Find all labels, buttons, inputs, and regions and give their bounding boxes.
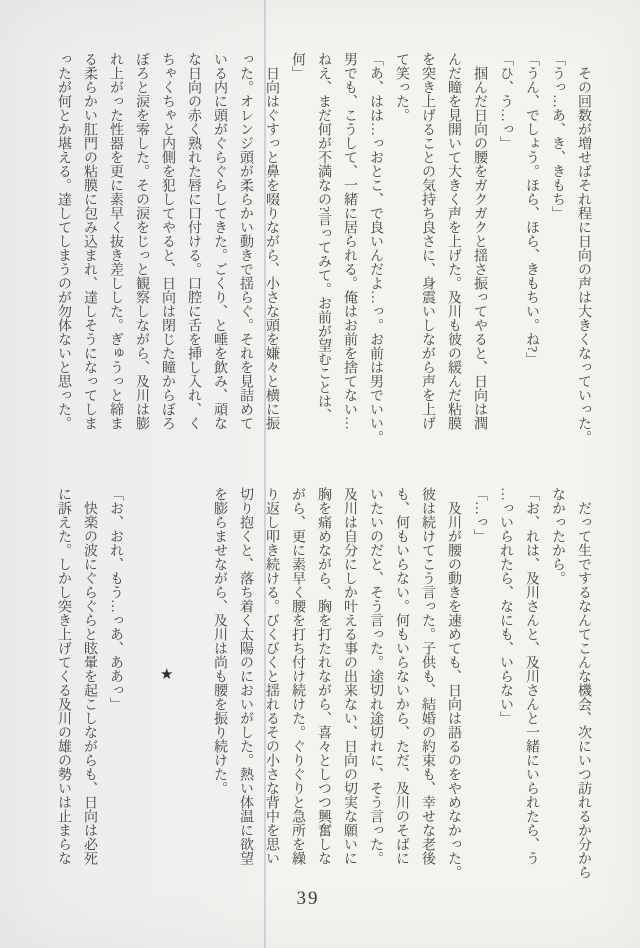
text-column: その回数が増せばそれ程に日向の声は大きくなっていった。	[570, 52, 596, 454]
text-block-top: その回数が増せばそれ程に日向の声は大きくなっていった。「うっ…あ、き、きもち」「…	[50, 52, 596, 454]
text-column: な日向の赤く熟れた唇に口付ける。口腔に舌を挿し入れ、く	[180, 52, 206, 454]
text-column: 彼は続けてこう言った。子供も、結婚の約束も、幸せな老後	[414, 487, 440, 889]
text-column: に訴えた。しかし突き上げてくる及川の雄の勢いは止まらな	[50, 487, 76, 889]
text-column: を突き上げることの気持ち良さに、身震いしながら声を上げ	[414, 52, 440, 454]
text-column: だって生でするなんてこんな機会、次にいつ訪れるか分から	[570, 487, 596, 889]
text-column	[154, 487, 180, 889]
text-column: り返し叩き続ける。びくびくと揺れるその小さな背中を思い	[258, 487, 284, 889]
text-column: 掴んだ日向の腰をガクガクと揺さ振ってやると、日向は潤	[466, 52, 492, 454]
page-number: 39	[276, 888, 340, 910]
text-column: …っいられたら、なにも、いらない」	[492, 487, 518, 889]
text-column: 胸を痛めながら、胸を打たれながら、喜々としつつ興奮しな	[310, 487, 336, 889]
text-column: 「あ、はは…っおとこ、で良いんだよ…っ。お前は男でいい。	[362, 52, 388, 454]
text-column: て笑った。	[388, 52, 414, 454]
text-block-bottom: だって生でするなんてこんな機会、次にいつ訪れるか分からなかったから。「お、れは、…	[50, 487, 596, 889]
text-column: 「ひ、う…っ」	[492, 52, 518, 454]
text-column: れ上がった性器を更に素早く抜き差しした。ぎゅうっと締ま	[102, 52, 128, 454]
text-column: 切り抱くと、落ち着く太陽のにおいがした。熱い体温に欲望	[232, 487, 258, 889]
text-column: 「…っ」	[466, 487, 492, 889]
text-column: ぼろと涙を零した。その涙をじっと観察しながら、及川は膨	[128, 52, 154, 454]
text-column	[128, 487, 154, 889]
text-column: 男でも、こうして、一緒に居られる。俺はお前を捨てない…	[336, 52, 362, 454]
text-column: 「お、れは、及川さんと、及川さんと一緒にいられたら、う	[518, 487, 544, 889]
text-column: なかったから。	[544, 487, 570, 889]
text-column: 及川が腰の動きを速めても、日向は語るのをやめなかった。	[440, 487, 466, 889]
text-column: ちゃくちゃと内側を犯してやると、日向は閉じた瞳からぼろ	[154, 52, 180, 454]
text-column: 何」	[284, 52, 310, 454]
text-column: 「うん、でしょう。ほら、ほら、きもちい。ね?」	[518, 52, 544, 454]
text-column: も、何もいらない。何もいらないから、ただ、及川のそばに	[388, 487, 414, 889]
text-column: ねえ、まだ何が不満なの?言ってみて。お前が望むことは、	[310, 52, 336, 454]
text-column: ったが何とか堪える。達してしまうのが勿体ないと思った。	[50, 52, 76, 454]
text-column: る柔らかい肛門の粘膜に包み込まれ、達しそうになってしま	[76, 52, 102, 454]
text-column: 日向はぐすっと鼻を啜りながら、小さな頭を嫌々と横に振	[258, 52, 284, 454]
text-column	[180, 487, 206, 889]
text-column: んだ瞳を見開いて大きく声を上げた。及川も彼の緩んだ粘膜	[440, 52, 466, 454]
book-page: その回数が増せばそれ程に日向の声は大きくなっていった。「うっ…あ、き、きもち」「…	[0, 0, 640, 948]
text-column: 快楽の波にぐらぐらと眩暈を起こしながらも、日向は必死	[76, 487, 102, 889]
text-column: 「お、おれ、もう…っあ、ああっ」	[102, 487, 128, 889]
text-column: いたいのだと、そう言った。途切れ途切れに、そう言った。	[362, 487, 388, 889]
text-column: った。オレンジ頭が柔らかい動きで揺らぐ。それを見詰めて	[232, 52, 258, 454]
text-column: がら、更に素早く腰を打ち付け続けた。ぐりぐりと急所を繰	[284, 487, 310, 889]
text-column: 「うっ…あ、き、きもち」	[544, 52, 570, 454]
scene-break-star-icon: ★	[160, 665, 173, 683]
text-column: いる内に頭がぐらぐらしてきた。ごくり、と唾を飲み、頑な	[206, 52, 232, 454]
text-column: を膨らませながら、及川は尚も腰を振り続けた。	[206, 487, 232, 889]
text-column: 及川は自分にしか叶える事の出来ない、日向の切実な願いに	[336, 487, 362, 889]
